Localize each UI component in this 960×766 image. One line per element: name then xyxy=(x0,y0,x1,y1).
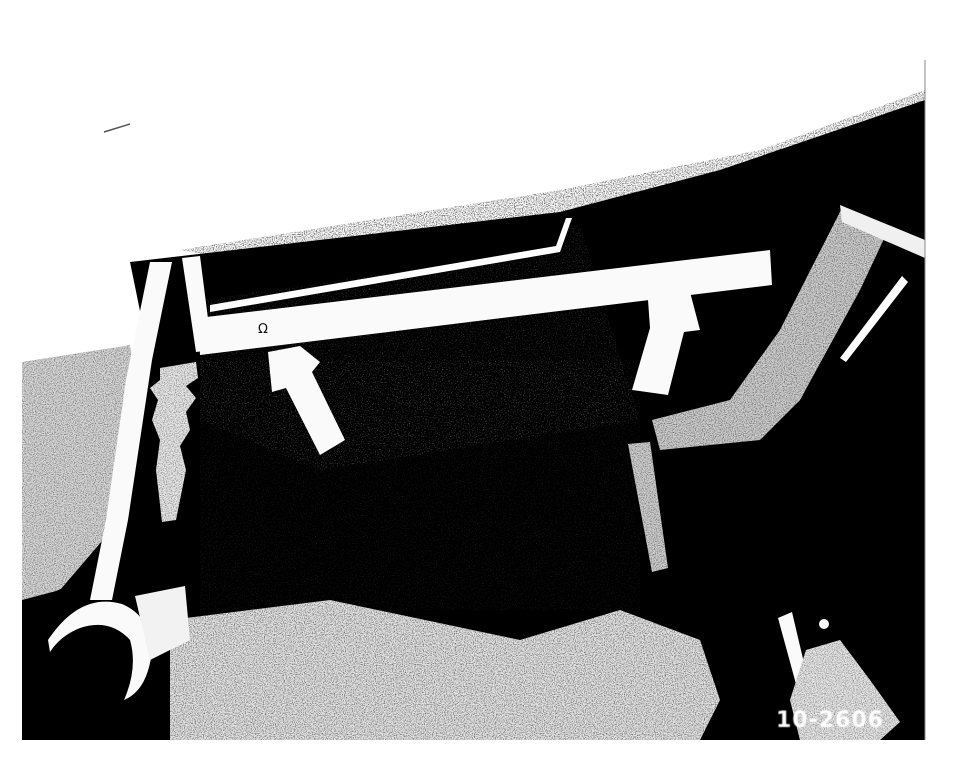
part-mark: Ω xyxy=(258,322,268,337)
photograph xyxy=(0,0,960,766)
photo-caption-label: 10-2606 xyxy=(776,708,884,733)
